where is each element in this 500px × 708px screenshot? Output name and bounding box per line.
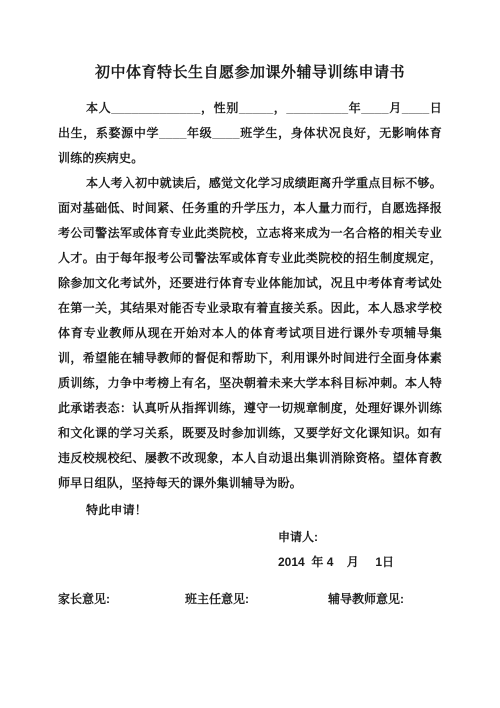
application-document: 初中体育特长生自愿参加课外辅导训练申请书 本人_____________，性别_…	[0, 0, 500, 708]
parent-opinion-label: 家长意见:	[58, 591, 185, 607]
tutor-opinion-label: 辅导教师意见:	[328, 591, 442, 607]
head-teacher-opinion-label: 班主任意见:	[185, 591, 328, 607]
applicant-label: 申请人:	[278, 525, 442, 550]
signature-block: 申请人: 2014 年 4 月 1日	[278, 525, 442, 575]
body-paragraph: 本人考入初中就读后，感觉文化学习成绩距离升学重点目标不够。面对基础低、时间紧、任…	[58, 171, 442, 496]
closing-line: 特此申请！	[58, 498, 442, 523]
intro-paragraph: 本人_____________，性别_____，_________年____月_…	[58, 96, 442, 171]
opinion-row: 家长意见: 班主任意见: 辅导教师意见:	[58, 591, 442, 607]
document-title: 初中体育特长生自愿参加课外辅导训练申请书	[58, 62, 442, 84]
application-date: 2014 年 4 月 1日	[278, 550, 442, 575]
